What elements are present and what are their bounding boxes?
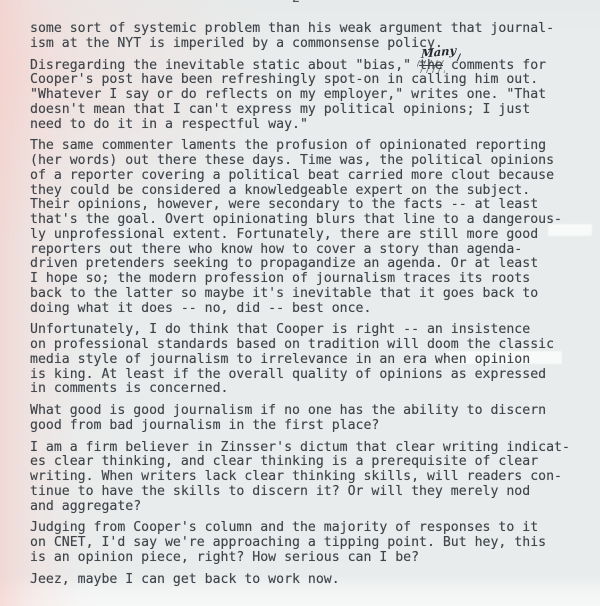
text-line: I hope so; the modern profession of jour…: [30, 272, 570, 287]
text-line: Jeez, maybe I can get back to work now.: [30, 573, 570, 588]
text-line: need to do it in a respectful way.": [30, 118, 570, 133]
text-line: doesn't mean that I can't express my pol…: [30, 103, 570, 118]
text-line: media style of journalism to irrelevance…: [30, 353, 570, 368]
handwritten-annotation: Many: [421, 45, 456, 60]
text-line: that's the goal. Overt opinionating blur…: [30, 213, 570, 228]
text-line: Judging from Cooper's column and the maj…: [30, 521, 570, 536]
paragraph: Judging from Cooper's column and the maj…: [30, 521, 570, 565]
text-line: ly unprofessional extent. Fortunately, t…: [30, 228, 570, 243]
typewritten-page: -2- some sort of systemic problem than h…: [0, 0, 600, 606]
text-line: "Whatever I say or do reflects on my emp…: [30, 88, 570, 103]
text-line: some sort of systemic problem than his w…: [30, 22, 570, 37]
text-line: is an opinion piece, right? How serious …: [30, 551, 570, 566]
paragraph: Unfortunately, I do think that Cooper is…: [30, 323, 570, 397]
text-line: on professional standards based on tradi…: [30, 338, 570, 353]
text-line: in comments is concerned.: [30, 382, 570, 397]
text-line: (her words) out there these days. Time w…: [30, 154, 570, 169]
text-line: writing. When writers lack clear thinkin…: [30, 470, 570, 485]
text-line: Their opinions, however, were secondary …: [30, 198, 570, 213]
paragraph: Jeez, maybe I can get back to work now.: [30, 573, 570, 588]
text-line: doing what it does -- no, did -- best on…: [30, 302, 570, 317]
text-line: tinue to have the skills to discern it? …: [30, 485, 570, 500]
text-line: back to the latter so maybe it's inevita…: [30, 287, 570, 302]
paragraph: Disregarding the inevitable static about…: [30, 59, 570, 133]
text-line: of a reporter covering a political beat …: [30, 169, 570, 184]
text-line: The same commenter laments the profusion…: [30, 139, 570, 154]
paragraph: some sort of systemic problem than his w…: [30, 22, 570, 52]
page-number: -2-: [283, 0, 310, 6]
struck-word: theMany: [419, 59, 443, 74]
text-line: good from bad journalism in the first pl…: [30, 419, 570, 434]
text-line: Cooper's post have been refreshingly spo…: [30, 73, 570, 88]
paragraph: What good is good journalism if no one h…: [30, 404, 570, 434]
document-text: some sort of systemic problem than his w…: [30, 22, 570, 594]
text-line: driven pretenders seeking to propagandiz…: [30, 257, 570, 272]
paragraph: I am a firm believer in Zinsser's dictum…: [30, 441, 570, 515]
text-line: and aggregate?: [30, 500, 570, 515]
text-line: ism at the NYT is imperiled by a commons…: [30, 37, 570, 52]
text-line: Unfortunately, I do think that Cooper is…: [30, 323, 570, 338]
text-line: What good is good journalism if no one h…: [30, 404, 570, 419]
paragraph: The same commenter laments the profusion…: [30, 139, 570, 316]
text-line: on CNET, I'd say we're approaching a tip…: [30, 536, 570, 551]
text-line: es clear thinking, and clear thinking is…: [30, 455, 570, 470]
